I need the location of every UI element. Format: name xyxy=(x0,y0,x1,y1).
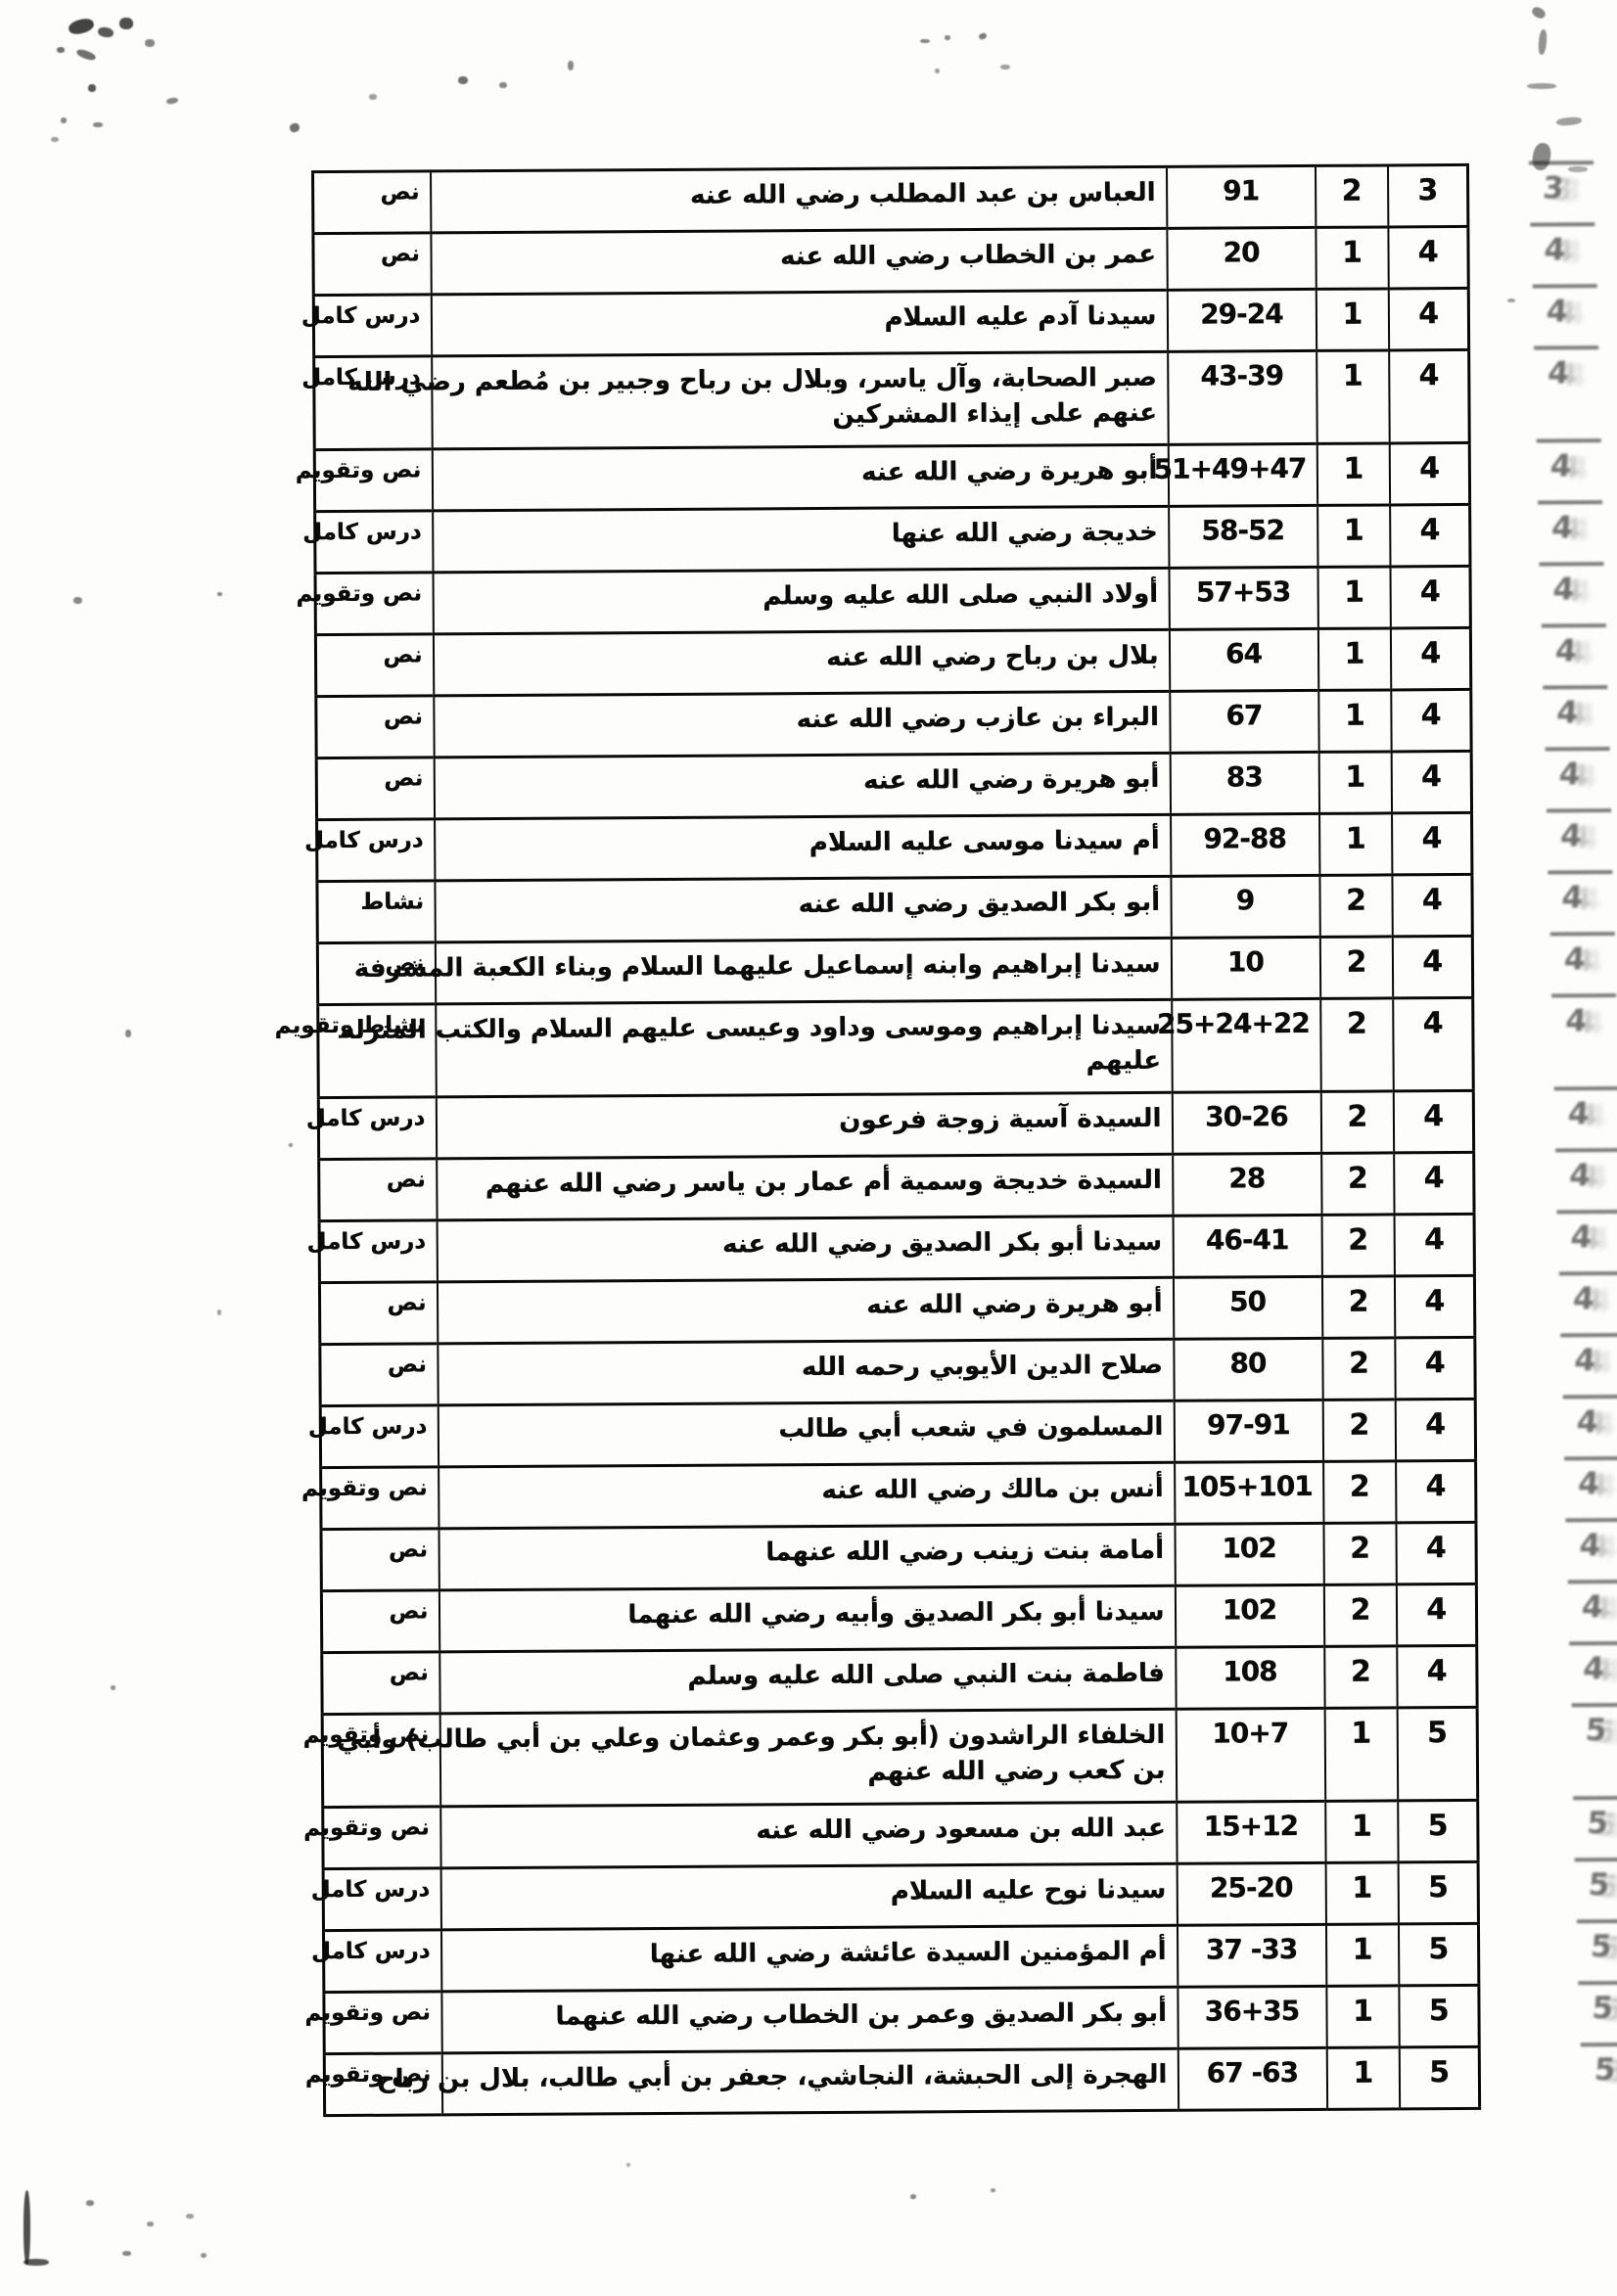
ink-smudge xyxy=(568,61,574,70)
curriculum-table-wrap: 3291العباس بن عبد المطلب رضي الله عنهنص4… xyxy=(311,163,1478,2117)
ghost-grade-digit: 4 xyxy=(1547,355,1570,390)
term-cell: 1 xyxy=(1317,628,1390,690)
content-type-cell: نص وتقويم xyxy=(324,2053,441,2116)
ghost-grade-digit: 4 xyxy=(1581,1589,1604,1625)
table-row: 4225+24+22سيدنا إبراهيم وموسى وداود وعيس… xyxy=(318,997,1474,1097)
pages-cell: 67 xyxy=(1170,690,1318,753)
pages-cell: 108 xyxy=(1176,1646,1324,1709)
ink-smudge xyxy=(145,39,155,47)
grade-cell: 4 xyxy=(1392,812,1472,874)
content-type-cell: نص وتقويم xyxy=(315,573,433,635)
lesson-title-line: بلال بن رباح رضي الله عنه xyxy=(443,638,1158,677)
grade-value: 5 xyxy=(1429,1994,1449,2028)
term-value: 1 xyxy=(1342,236,1362,270)
pages-value: 58-52 xyxy=(1201,514,1284,547)
content-type-cell: درس كامل xyxy=(318,1097,436,1160)
grade-cell: 4 xyxy=(1396,1584,1476,1645)
lesson-title-cell: الهجرة إلى الحبشة، النجاشي، جعفر بن أبي … xyxy=(441,2048,1178,2115)
pages-cell: 64 xyxy=(1169,628,1317,691)
ink-smudge xyxy=(88,84,96,92)
term-cell: 2 xyxy=(1324,1646,1397,1708)
ghost-row-line xyxy=(1566,1518,1617,1522)
curriculum-index-table: 3291العباس بن عبد المطلب رضي الله عنهنص4… xyxy=(311,163,1481,2117)
content-type-cell: نشاط xyxy=(317,881,435,943)
ghost-grade-digit: 4 xyxy=(1552,572,1576,607)
pages-cell: 91 xyxy=(1166,165,1315,228)
term-value: 1 xyxy=(1342,298,1362,332)
ink-smudge xyxy=(626,2163,630,2167)
ghost-row-line xyxy=(1547,808,1611,812)
grade-value: 5 xyxy=(1428,1932,1448,1966)
term-cell: 2 xyxy=(1322,1338,1395,1400)
lesson-title-cell: أم المؤمنين السيدة عائشة رضي الله عنها xyxy=(440,1925,1177,1992)
lesson-title-line: عنهم على إيذاء المشركين xyxy=(442,395,1157,435)
pages-value: 50 xyxy=(1229,1285,1266,1317)
grade-value: 5 xyxy=(1427,1716,1447,1750)
term-value: 2 xyxy=(1348,1162,1367,1196)
lesson-title-line: البراء بن عازب رضي الله عنه xyxy=(444,700,1159,739)
table-row: 5110+7الخلفاء الراشدون (أبو بكر وعمر وعث… xyxy=(322,1707,1478,1807)
term-value: 2 xyxy=(1350,1470,1369,1504)
ghost-row-line xyxy=(1545,747,1609,751)
term-value: 2 xyxy=(1342,174,1362,208)
pages-value: 67 xyxy=(1225,699,1262,731)
ghost-grade-digit: 5 xyxy=(1588,1867,1611,1903)
pages-value: 37 -33 xyxy=(1206,1933,1298,1966)
term-cell: 2 xyxy=(1323,1584,1396,1646)
grade-value: 4 xyxy=(1427,1654,1447,1688)
content-type-cell: نص xyxy=(315,634,433,697)
grade-value: 4 xyxy=(1426,1592,1446,1627)
lesson-title-line: فاطمة بنت النبي صلى الله عليه وسلم xyxy=(450,1656,1165,1695)
grade-value: 4 xyxy=(1421,759,1441,794)
ghost-row-line xyxy=(1559,1271,1617,1275)
content-type-cell: درس كامل xyxy=(323,1930,440,1993)
content-type-cell: نص وتقويم xyxy=(314,449,432,512)
ghost-grade-digit: 4 xyxy=(1579,1528,1602,1563)
ghost-row-line xyxy=(1540,562,1604,566)
content-type-cell: نشاط وتقويم xyxy=(318,1004,437,1098)
pages-value: 102 xyxy=(1222,1532,1276,1564)
pages-cell: 92-88 xyxy=(1171,813,1319,876)
ink-smudge xyxy=(1568,166,1588,172)
ink-smudge xyxy=(369,94,377,100)
table-row: 4151+49+47أبو هريرة رضي الله عنهنص وتقوي… xyxy=(314,442,1469,511)
table-row: 42108فاطمة بنت النبي صلى الله عليه وسلمن… xyxy=(322,1645,1477,1714)
grade-value: 4 xyxy=(1418,235,1438,269)
content-type-cell: نص وتقويم xyxy=(324,1992,441,2054)
term-cell: 1 xyxy=(1317,505,1390,567)
pages-value: 25-20 xyxy=(1210,1871,1293,1905)
term-cell: 1 xyxy=(1316,289,1388,350)
ink-smudge xyxy=(1531,142,1553,172)
ink-smudge xyxy=(935,69,940,73)
term-value: 1 xyxy=(1353,1995,1372,2029)
grade-cell: 4 xyxy=(1396,1460,1476,1522)
lesson-title-cell: أبو بكر الصديق وعمر بن الخطاب رضي الله ع… xyxy=(441,1987,1178,2053)
ink-smudge xyxy=(93,122,103,127)
grade-value: 4 xyxy=(1418,297,1438,331)
table-row: 5137 -33أم المؤمنين السيدة عائشة رضي الل… xyxy=(323,1923,1478,1992)
ghost-row-line xyxy=(1562,1395,1617,1399)
pages-cell: 36+35 xyxy=(1178,1986,1326,2048)
ghost-grade-digit: 4 xyxy=(1555,695,1579,730)
content-type-cell: درس كامل xyxy=(315,511,433,574)
term-cell: 2 xyxy=(1323,1461,1396,1523)
lesson-title-line: صلاح الدين الأيوبي رحمه الله xyxy=(448,1348,1163,1387)
ghost-row-line xyxy=(1577,1919,1617,1923)
grade-value: 4 xyxy=(1419,513,1439,547)
ink-smudge xyxy=(23,2259,49,2266)
pages-cell: 50 xyxy=(1173,1276,1321,1339)
term-value: 2 xyxy=(1349,1408,1368,1443)
grade-cell: 4 xyxy=(1390,627,1470,689)
content-type-cell: نص xyxy=(321,1529,439,1591)
ink-smudge xyxy=(122,2251,131,2256)
pages-cell: 102 xyxy=(1175,1584,1323,1647)
table-row: 4129-24سيدنا آدم عليه السلامدرس كامل xyxy=(313,288,1468,356)
pages-value: 97-91 xyxy=(1207,1408,1290,1442)
grade-value: 4 xyxy=(1423,1099,1443,1133)
ghost-row-line xyxy=(1553,1086,1617,1090)
grade-value: 4 xyxy=(1422,944,1442,979)
grade-value: 4 xyxy=(1421,821,1441,855)
term-value: 2 xyxy=(1350,1532,1369,1566)
pages-value: 30-26 xyxy=(1205,1100,1288,1133)
ghost-row-line xyxy=(1564,1456,1617,1460)
table-row: 4230-26السيدة آسية زوجة فرعوندرس كامل xyxy=(318,1090,1473,1159)
content-type-cell: درس كامل xyxy=(319,1220,437,1283)
ghost-grade-digit: 5 xyxy=(1593,2052,1616,2088)
pages-cell: 37 -33 xyxy=(1177,1924,1325,1987)
pages-cell: 46-41 xyxy=(1173,1215,1321,1277)
term-cell: 1 xyxy=(1326,2047,1399,2109)
pages-value: 105+101 xyxy=(1181,1470,1313,1503)
grade-value: 4 xyxy=(1424,1222,1444,1257)
grade-value: 4 xyxy=(1421,698,1441,732)
lesson-title-line: الهجرة إلى الحبشة، النجاشي، جعفر بن أبي … xyxy=(452,2057,1167,2096)
ink-smudge xyxy=(186,2214,194,2219)
ghost-grade-digit: 4 xyxy=(1557,757,1581,792)
ink-smudge xyxy=(945,35,950,40)
table-row: 4297-91المسلمون في شعب أبي طالبدرس كامل xyxy=(320,1399,1475,1467)
lesson-title-line: عليهم xyxy=(446,1043,1161,1082)
ghost-grade-digit: 3 xyxy=(1542,170,1565,206)
ghost-grade-digit: 4 xyxy=(1577,1466,1600,1501)
term-cell: 1 xyxy=(1317,443,1389,505)
term-value: 1 xyxy=(1344,637,1363,671)
term-value: 2 xyxy=(1347,1100,1366,1134)
term-cell: 1 xyxy=(1317,350,1390,443)
pages-cell: 102 xyxy=(1175,1523,1323,1585)
ghost-grade-digit: 4 xyxy=(1554,633,1578,668)
lesson-title-cell: أبو هريرة رضي الله عنه xyxy=(437,1277,1173,1344)
lesson-title-line: أبو بكر الصديق رضي الله عنه xyxy=(445,885,1160,924)
lesson-title-cell: سيدنا أبو بكر الصديق رضي الله عنه xyxy=(437,1216,1173,1282)
term-value: 1 xyxy=(1343,359,1363,393)
ghost-grade-digit: 5 xyxy=(1590,1929,1613,1964)
pages-cell: 83 xyxy=(1170,752,1318,814)
pages-cell: 9 xyxy=(1171,875,1319,938)
lesson-title-line: أبو هريرة رضي الله عنه xyxy=(447,1286,1162,1325)
content-type-cell: نص xyxy=(316,758,434,820)
grade-cell: 4 xyxy=(1395,1399,1475,1460)
pages-cell: 10 xyxy=(1171,937,1319,999)
pages-cell: 25+24+22 xyxy=(1172,998,1321,1092)
grade-cell: 4 xyxy=(1388,288,1468,349)
lesson-title-line: الخلفاء الراشدون (أبو بكر وعمر وعثمان وع… xyxy=(450,1718,1165,1757)
term-value: 1 xyxy=(1352,1810,1371,1844)
lesson-title-cell: المسلمون في شعب أبي طالب xyxy=(438,1401,1174,1467)
term-value: 2 xyxy=(1351,1655,1370,1689)
pages-value: 10+7 xyxy=(1212,1717,1288,1749)
pages-value: 83 xyxy=(1226,760,1263,793)
grade-cell: 4 xyxy=(1394,1214,1474,1275)
grade-value: 4 xyxy=(1424,1284,1444,1318)
ghost-row-line xyxy=(1579,1981,1617,1985)
lesson-title-line: أنس بن مالك رضي الله عنه xyxy=(449,1471,1164,1510)
ghost-row-line xyxy=(1551,993,1616,997)
ink-smudge xyxy=(1530,5,1547,21)
lesson-title-line: سيدنا أبو بكر الصديق رضي الله عنه xyxy=(447,1224,1162,1263)
lesson-title-cell: أمامة بنت زينب رضي الله عنهما xyxy=(439,1524,1175,1590)
content-type-cell: نص وتقويم xyxy=(322,1714,440,1808)
ghost-grade-digit: 4 xyxy=(1572,1281,1595,1316)
ghost-row-line xyxy=(1568,1580,1617,1584)
ink-smudge xyxy=(125,1030,131,1037)
pages-cell: 51+49+47 xyxy=(1168,443,1317,506)
lesson-title-line: صبر الصحابة، وآل ياسر، وبلال بن رباح وجب… xyxy=(442,360,1157,399)
grade-cell: 5 xyxy=(1398,1923,1478,1985)
grade-cell: 4 xyxy=(1389,349,1470,442)
grade-cell: 4 xyxy=(1393,997,1474,1090)
pages-value: 46-41 xyxy=(1206,1223,1289,1257)
ink-smudge xyxy=(147,2222,154,2227)
lesson-title-line: خديجة رضي الله عنها xyxy=(443,515,1158,554)
term-value: 1 xyxy=(1345,760,1364,795)
term-cell: 2 xyxy=(1323,1523,1396,1584)
ink-smudge xyxy=(166,97,179,105)
pages-value: 91 xyxy=(1223,174,1259,207)
term-value: 2 xyxy=(1350,1593,1369,1628)
ghost-row-line xyxy=(1571,1703,1617,1707)
ink-smudge xyxy=(217,1309,221,1315)
grade-value: 4 xyxy=(1424,1161,1444,1195)
grade-cell: 4 xyxy=(1392,874,1472,936)
ghost-row-line xyxy=(1573,1796,1617,1800)
table-row: 4210سيدنا إبراهيم وابنه إسماعيل عليهما ا… xyxy=(317,936,1472,1004)
content-type-cell: درس كامل xyxy=(317,819,435,882)
term-value: 1 xyxy=(1344,575,1363,610)
ghost-grade-digit: 4 xyxy=(1550,510,1574,545)
pages-value: 64 xyxy=(1225,637,1262,669)
content-type-cell: نص xyxy=(321,1590,439,1653)
content-type-cell: نص xyxy=(319,1282,437,1345)
lesson-title-line: سيدنا إبراهيم وابنه إسماعيل عليهما السلا… xyxy=(445,946,1160,986)
pages-cell: 105+101 xyxy=(1175,1461,1323,1524)
content-type-cell: درس كامل xyxy=(323,1868,440,1931)
lesson-title-cell: السيدة آسية زوجة فرعون xyxy=(436,1092,1172,1159)
lesson-title-cell: أم سيدنا موسى عليه السلام xyxy=(435,814,1171,881)
term-cell: 2 xyxy=(1320,1091,1393,1153)
lesson-title-line: سيدنا إبراهيم وموسى وداود وعيسى عليهم ال… xyxy=(446,1008,1161,1047)
pages-value: 9 xyxy=(1236,884,1255,916)
pages-cell: 58-52 xyxy=(1169,505,1317,568)
pages-value: 28 xyxy=(1228,1162,1265,1194)
grade-value: 4 xyxy=(1422,883,1442,917)
ghost-grade-digit: 4 xyxy=(1561,880,1585,915)
grade-value: 5 xyxy=(1428,1870,1448,1905)
lesson-title-cell: سيدنا آدم عليه السلام xyxy=(431,290,1167,356)
lesson-title-line: عمر بن الخطاب رضي الله عنه xyxy=(441,237,1156,276)
ghost-row-line xyxy=(1531,222,1595,226)
lesson-title-cell: صلاح الدين الأيوبي رحمه الله xyxy=(438,1339,1174,1405)
ink-smudge xyxy=(499,82,507,88)
ink-smudge xyxy=(61,117,67,123)
ghost-row-line xyxy=(1542,623,1606,627)
lesson-title-cell: خديجة رضي الله عنها xyxy=(433,506,1169,573)
term-cell: 2 xyxy=(1321,1215,1394,1276)
term-cell: 2 xyxy=(1319,875,1392,937)
ghost-row-line xyxy=(1575,1858,1617,1861)
term-value: 2 xyxy=(1346,884,1365,918)
ghost-grade-digit: 4 xyxy=(1544,232,1567,267)
ghost-grade-digit: 4 xyxy=(1564,1003,1588,1038)
term-value: 1 xyxy=(1351,1717,1370,1751)
term-value: 1 xyxy=(1353,2056,1372,2090)
ink-smudge xyxy=(1507,298,1515,302)
lesson-title-cell: أبو هريرة رضي الله عنه xyxy=(434,753,1170,819)
ink-smudge xyxy=(910,2194,916,2199)
ghost-row-line xyxy=(1548,870,1613,874)
ink-smudge xyxy=(289,1143,293,1147)
ink-smudge xyxy=(289,122,300,134)
lesson-title-line: أولاد النبي صلى الله عليه وسلم xyxy=(443,576,1158,616)
lesson-title-cell: السيدة خديجة وسمية أم عمار بن ياسر رضي ا… xyxy=(437,1154,1173,1220)
ink-smudge xyxy=(23,2190,30,2265)
table-row: 4157+53أولاد النبي صلى الله عليه وسلمنص … xyxy=(315,566,1470,634)
scanned-page: 3291العباس بن عبد المطلب رضي الله عنهنص4… xyxy=(0,0,1617,2296)
ink-smudge xyxy=(1000,65,1010,69)
content-type-cell: نص وتقويم xyxy=(323,1807,440,1869)
ink-smudge xyxy=(75,48,97,62)
pages-cell: 15+12 xyxy=(1177,1801,1325,1863)
lesson-title-line: عبد الله بن مسعود رضي الله عنه xyxy=(451,1811,1166,1850)
table-row: 4164بلال بن رباح رضي الله عنهنص xyxy=(315,627,1470,696)
grade-value: 4 xyxy=(1420,574,1440,609)
grade-value: 5 xyxy=(1429,2055,1449,2089)
lesson-title-cell: أولاد النبي صلى الله عليه وسلم xyxy=(433,568,1169,634)
pages-cell: 97-91 xyxy=(1174,1400,1322,1462)
table-row: 4143-39صبر الصحابة، وآل ياسر، وبلال بن ر… xyxy=(314,349,1470,449)
content-type-cell: نص xyxy=(319,1159,437,1221)
table-row: 5115+12عبد الله بن مسعود رضي الله عنهنص … xyxy=(323,1800,1478,1868)
ghost-row-line xyxy=(1538,500,1602,504)
term-value: 2 xyxy=(1349,1347,1368,1381)
ghost-row-line xyxy=(1536,438,1600,442)
term-cell: 1 xyxy=(1316,227,1388,289)
term-cell: 1 xyxy=(1324,1708,1398,1801)
content-type-cell: درس كامل xyxy=(314,356,433,450)
grade-cell: 4 xyxy=(1394,1275,1474,1337)
grade-value: 5 xyxy=(1428,1809,1448,1843)
term-cell: 1 xyxy=(1318,752,1391,813)
ghost-row-line xyxy=(1555,1148,1617,1152)
grade-value: 4 xyxy=(1425,1346,1445,1380)
table-row: 4246-41سيدنا أبو بكر الصديق رضي الله عنه… xyxy=(319,1214,1474,1282)
ghost-row-line xyxy=(1529,161,1594,164)
ghost-row-line xyxy=(1557,1210,1617,1214)
ink-smudge xyxy=(217,592,222,596)
term-value: 1 xyxy=(1343,452,1363,486)
pages-cell: 67 -63 xyxy=(1178,2047,1326,2110)
lesson-title-line: سيدنا أبو بكر الصديق وأبيه رضي الله عنهم… xyxy=(449,1594,1164,1633)
lesson-title-cell: سيدنا إبراهيم وموسى وداود وعيسى عليهم ال… xyxy=(436,999,1173,1097)
term-value: 1 xyxy=(1353,1933,1372,1967)
grade-cell: 5 xyxy=(1398,1861,1478,1923)
term-value: 2 xyxy=(1349,1285,1368,1319)
term-cell: 2 xyxy=(1315,165,1387,227)
lesson-title-cell: سيدنا أبو بكر الصديق وأبيه رضي الله عنهم… xyxy=(439,1585,1175,1652)
grade-cell: 4 xyxy=(1391,689,1471,751)
lesson-title-cell: أبو هريرة رضي الله عنه xyxy=(432,444,1168,511)
ghost-grade-digit: 4 xyxy=(1548,448,1572,483)
ink-smudge xyxy=(57,47,65,53)
pages-value: 25+24+22 xyxy=(1157,1007,1310,1040)
grade-cell: 4 xyxy=(1391,751,1471,812)
grade-cell: 5 xyxy=(1397,1707,1478,1800)
grade-cell: 5 xyxy=(1399,2046,1479,2108)
content-type-cell: نص xyxy=(322,1652,439,1715)
ghost-row-line xyxy=(1550,932,1615,936)
table-row: 4228السيدة خديجة وسمية أم عمار بن ياسر ر… xyxy=(319,1152,1474,1220)
table-row: 4167البراء بن عازب رضي الله عنهنص xyxy=(316,689,1471,758)
ghost-grade-digit: 4 xyxy=(1566,1096,1590,1131)
pages-cell: 80 xyxy=(1174,1338,1322,1401)
lesson-title-cell: أبو بكر الصديق رضي الله عنه xyxy=(435,876,1171,942)
content-type-cell: نص xyxy=(313,171,431,234)
ink-smudge xyxy=(1527,83,1556,89)
ink-smudge xyxy=(97,26,114,39)
ink-smudge xyxy=(51,137,59,142)
pages-value: 43-39 xyxy=(1200,359,1283,392)
pages-value: 80 xyxy=(1229,1347,1266,1379)
table-row: 3291العباس بن عبد المطلب رضي الله عنهنص xyxy=(313,164,1468,233)
pages-cell: 28 xyxy=(1173,1153,1321,1216)
term-cell: 1 xyxy=(1319,813,1392,875)
lesson-title-line: أمامة بنت زينب رضي الله عنهما xyxy=(449,1533,1164,1572)
term-cell: 1 xyxy=(1317,567,1390,628)
pages-value: 92-88 xyxy=(1203,822,1286,855)
grade-cell: 5 xyxy=(1398,1800,1478,1861)
pages-cell: 10+7 xyxy=(1176,1708,1325,1802)
pages-value: 20 xyxy=(1223,236,1259,268)
ghost-grade-digit: 5 xyxy=(1592,1991,1615,2026)
ghost-row-line xyxy=(1560,1333,1617,1337)
grade-cell: 4 xyxy=(1393,1090,1473,1152)
grade-value: 4 xyxy=(1420,636,1440,670)
grade-cell: 4 xyxy=(1388,226,1468,288)
grade-value: 4 xyxy=(1419,358,1439,392)
ghost-row-line xyxy=(1533,284,1597,288)
lesson-title-line: السيدة خديجة وسمية أم عمار بن ياسر رضي ا… xyxy=(447,1163,1162,1202)
lesson-title-cell: البراء بن عازب رضي الله عنه xyxy=(434,691,1170,758)
term-cell: 1 xyxy=(1318,690,1391,752)
pages-cell: 25-20 xyxy=(1177,1862,1325,1925)
pages-cell: 57+53 xyxy=(1169,567,1317,629)
term-value: 1 xyxy=(1352,1871,1371,1906)
pages-value: 67 -63 xyxy=(1207,2056,1299,2089)
